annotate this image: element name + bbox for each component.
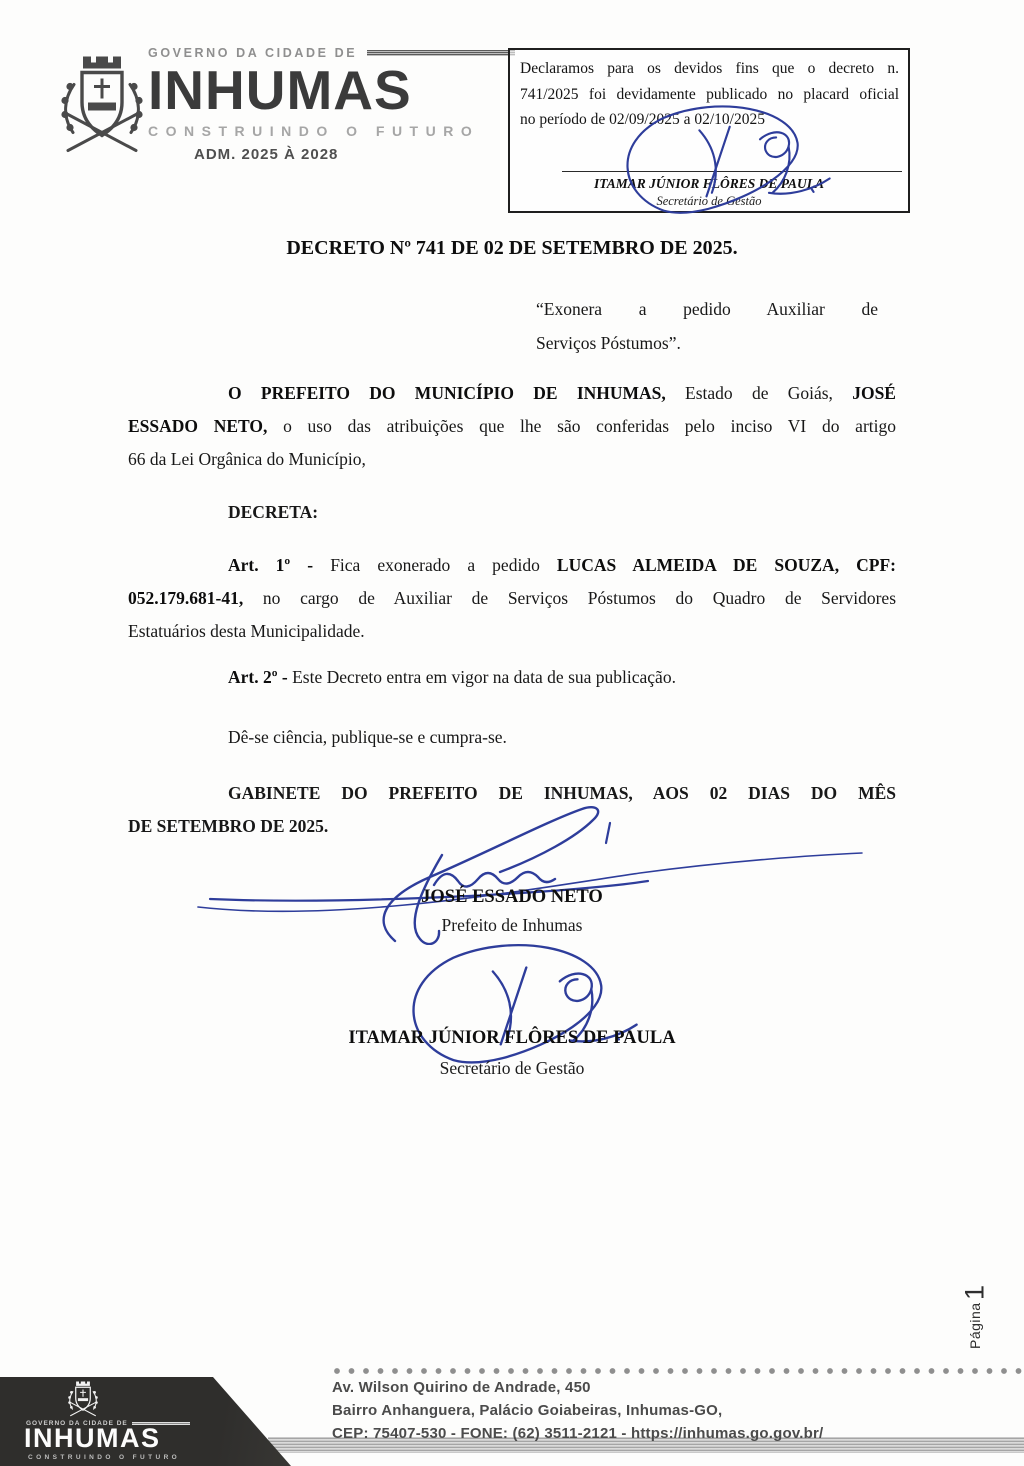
decreta-heading: DECRETA: [228, 496, 318, 529]
closing-formula: Dê-se ciência, publique-se e cumpra-se. [128, 721, 896, 754]
gabinete-line1: GABINETE DO PREFEITO DE INHUMAS, AOS 02 … [128, 777, 896, 810]
stamp-declaration: Declaramos para os devidos fins que o de… [520, 56, 899, 133]
article-1-text-1: Fica exonerado a pedido [330, 555, 557, 575]
article-2-text: Este Decreto entra em vigor na data de s… [292, 667, 676, 687]
publication-stamp-box: Declaramos para os devidos fins que o de… [508, 48, 910, 213]
footer-address-line2: Bairro Anhanguera, Palácio Goiabeiras, I… [332, 1402, 722, 1419]
article-1-number: Art. 1º - [228, 555, 330, 575]
secretary-role: Secretário de Gestão [128, 1058, 896, 1079]
stamp-declaration-line1: Declaramos para os devidos fins que o de… [520, 56, 899, 82]
city-coat-of-arms-icon [52, 50, 152, 165]
preamble-bold-2: JOSÉ [852, 383, 896, 403]
page-number-label: Página [967, 1302, 983, 1349]
page-number-value: 1 [960, 1285, 991, 1300]
preamble-bold-1: O PREFEITO DO MUNICÍPIO DE INHUMAS, [228, 383, 666, 403]
footer-dotted-rule [332, 1366, 1022, 1376]
brand-rule-decoration [367, 50, 515, 56]
decree-preamble: O PREFEITO DO MUNICÍPIO DE INHUMAS, Esta… [128, 377, 896, 476]
article-2-number: Art. 2º - [228, 667, 292, 687]
article-1-text-2: no cargo de Auxiliar de Serviços Póstumo… [243, 588, 896, 608]
preamble-normal-1: Estado de Goiás, [666, 383, 852, 403]
article-2: Art. 2º - Este Decreto entra em vigor na… [128, 661, 896, 694]
mayor-role: Prefeito de Inhumas [128, 915, 896, 936]
gabinete-clause: GABINETE DO PREFEITO DE INHUMAS, AOS 02 … [128, 777, 896, 843]
stamp-declaration-line2: 741/2025 foi devidamente publicado no pl… [520, 82, 899, 108]
preamble-line3: 66 da Lei Orgânica do Município, [128, 443, 896, 476]
stamp-signature-line [562, 171, 902, 172]
footer-logo-tagline: CONSTRUINDO O FUTURO [28, 1454, 180, 1461]
secretary-name: ITAMAR JÚNIOR FLÔRES DE PAULA [128, 1028, 896, 1049]
article-1: Art. 1º - Fica exonerado a pedido LUCAS … [128, 549, 896, 648]
preamble-line1: O PREFEITO DO MUNICÍPIO DE INHUMAS, Esta… [128, 377, 896, 410]
stamp-signer-role: Secretário de Gestão [510, 194, 908, 209]
gabinete-line2: DE SETEMBRO DE 2025. [128, 810, 896, 843]
article-1-line2: 052.179.681-41, no cargo de Auxiliar de … [128, 582, 896, 615]
footer-address-line3: CEP: 75407-530 - FONE: (62) 3511-2121 - … [332, 1425, 823, 1442]
footer-logo-name: INHUMAS [24, 1425, 161, 1452]
epigraph-line2: Serviços Póstumos”. [536, 326, 878, 360]
article-2-line1: Art. 2º - Este Decreto entra em vigor na… [128, 661, 896, 694]
preamble-bold-3: ESSADO NETO, [128, 416, 267, 436]
article-1-bold-2: 052.179.681-41, [128, 588, 243, 608]
mayor-name: JOSÉ ESSADO NETO [128, 887, 896, 908]
preamble-normal-2: o uso das atribuições que lhe são confer… [267, 416, 896, 436]
epigraph-line1: “Exonera a pedido Auxiliar de [536, 292, 878, 326]
brand-tagline: CONSTRUINDO O FUTURO [148, 123, 515, 139]
brand-top-label: GOVERNO DA CIDADE DE [148, 46, 357, 60]
decree-title: DECRETO Nº 741 DE 02 DE SETEMBRO DE 2025… [128, 237, 896, 260]
brand-name: INHUMAS [148, 63, 515, 118]
article-1-line3: Estatuários desta Municipalidade. [128, 615, 896, 648]
brand-term: ADM. 2025 À 2028 [194, 146, 515, 163]
page-number: Página 1 [952, 1237, 998, 1349]
article-1-line1: Art. 1º - Fica exonerado a pedido LUCAS … [128, 549, 896, 582]
footer-address-line1: Av. Wilson Quirino de Andrade, 450 [332, 1379, 591, 1396]
stamp-signer-name: ITAMAR JÚNIOR FLÔRES DE PAULA [510, 176, 908, 192]
footer-coat-of-arms-icon [62, 1380, 104, 1420]
decree-document-page: GOVERNO DA CIDADE DE INHUMAS CONSTRUINDO… [0, 0, 1024, 1466]
stamp-declaration-line3: no período de 02/09/2025 a 02/10/2025 [520, 107, 899, 133]
decree-epigraph: “Exonera a pedido Auxiliar de Serviços P… [536, 292, 878, 360]
article-1-bold-1: LUCAS ALMEIDA DE SOUZA, CPF: [557, 555, 896, 575]
preamble-line2: ESSADO NETO, o uso das atribuições que l… [128, 410, 896, 443]
header-brand: GOVERNO DA CIDADE DE INHUMAS CONSTRUINDO… [148, 46, 515, 163]
